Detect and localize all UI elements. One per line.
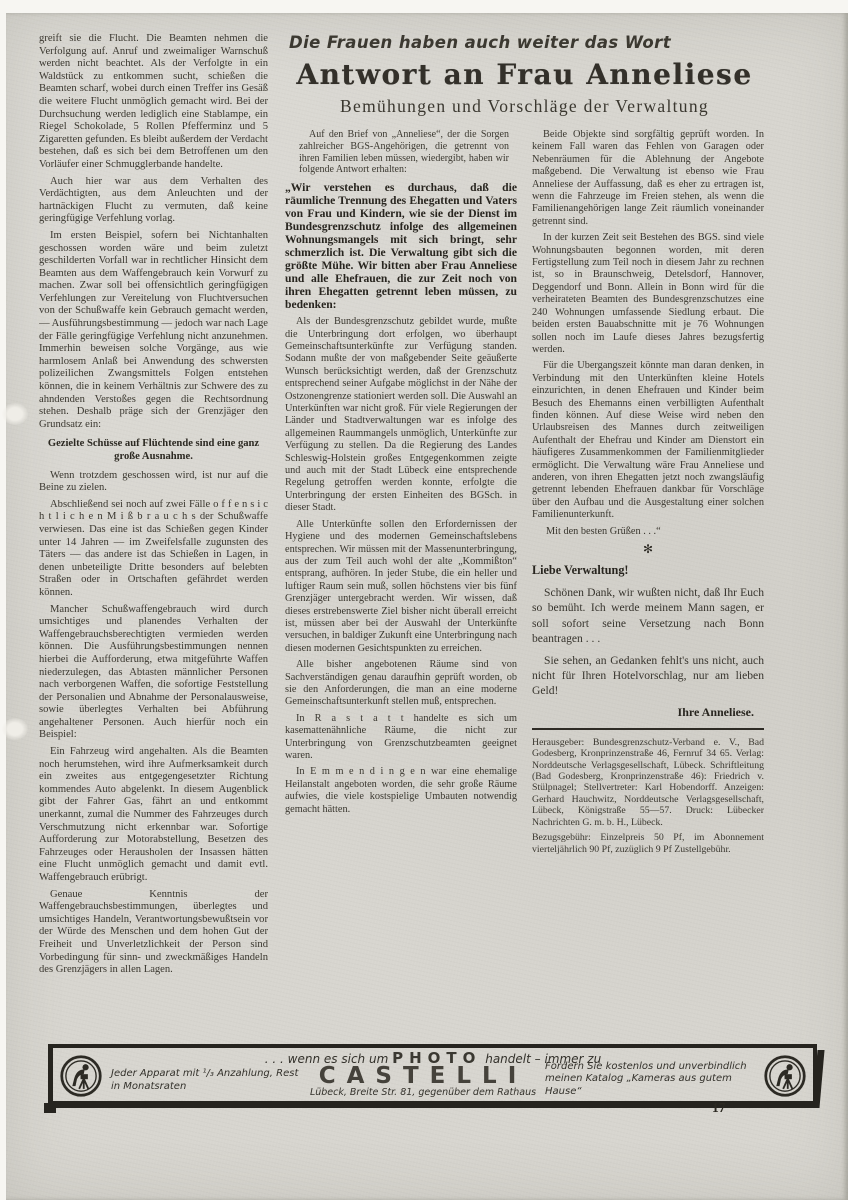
editorial-intro: Auf den Brief von „Anneliese“, der die S… [299,129,509,176]
paragraph: Als der Bundesgrenzschutz gebildet wurde… [285,316,517,515]
ad-tagline-photo: PHOTO [392,1049,481,1067]
binding-hole [2,718,28,740]
article-column-2: Beide Objekte sind sorgfältig geprüft wo… [532,129,764,1035]
photographer-icon [59,1054,103,1098]
binding-hole [2,403,28,425]
article-body: Auf den Brief von „Anneliese“, der die S… [285,129,764,1035]
ad-brand-block: CASTELLI Lübeck, Breite Str. 81, gegenüb… [309,1065,537,1098]
paragraph: In R a s t a t t handelte es sich um kas… [285,713,517,763]
article-kicker: Die Frauen haben auch weiter das Wort [289,33,764,52]
photographer-icon [763,1054,807,1098]
paragraph: In E m m e n d i n g e n war eine ehemal… [285,766,517,816]
section-divider-star: ✻ [532,542,764,557]
paragraph: Im ersten Beispiel, sofern bei Nichtanha… [39,230,268,432]
imprint-subscription: Bezugsgebühr: Einzelpreis 50 Pf, im Abon… [532,832,764,855]
ad-tagline: . . . wenn es sich um PHOTO handelt – im… [173,1049,693,1067]
article-column-1: Auf den Brief von „Anneliese“, der die S… [285,129,517,1035]
reply-heading: Liebe Verwaltung! [532,563,764,578]
letter-lead-paragraph: „Wir verstehen es durchaus, daß die räum… [285,181,517,311]
main-article: Die Frauen haben auch weiter das Wort An… [285,33,764,1035]
article-header: Die Frauen haben auch weiter das Wort An… [285,33,764,129]
paragraph: Auch hier war aus dem Verhalten des Verd… [39,176,268,226]
paragraph: Alle Unterkünfte sollen den Erforderniss… [285,519,517,655]
page-number: 17 [712,1100,726,1116]
paragraph: Alle bisher angebotenen Räume sind von S… [285,659,517,709]
paragraph: Beide Objekte sind sorgfältig geprüft wo… [532,129,764,228]
paragraph: Wenn trotzdem geschossen wird, ist nur a… [39,470,268,495]
paragraph: Abschließend sei noch auf zwei Fälle o f… [39,499,268,600]
article-subtitle: Bemühungen und Vorschläge der Verwaltung [285,96,764,117]
imprint-divider [532,728,764,730]
paragraph: Mancher Schußwaffengebrauch wird durch u… [39,604,268,743]
photo-castelli-ad: . . . wenn es sich um PHOTO handelt – im… [48,1044,817,1108]
paragraph: Ein Fahrzeug wird angehalten. Als die Be… [39,746,268,885]
ad-brand: CASTELLI [309,1065,537,1087]
paragraph: greift sie die Flucht. Die Beamten nehme… [39,33,268,172]
key-principle-statement: Gezielte Schüsse auf Flüchtende sind ein… [45,438,262,463]
signature: Ihre Anneliese. [532,705,754,720]
paragraph: In der kurzen Zeit seit Bestehen des BGS… [532,232,764,356]
article-title: Antwort an Frau Anneliese [285,58,764,91]
paragraph: Genaue Kenntnis der Waffengebrauchsbesti… [39,889,268,977]
ad-left-note: Jeder Apparat mit ¹/₃ Anzahlung, Rest in… [111,1068,301,1093]
paragraph: Schönen Dank, wir wußten nicht, daß Ihr … [532,585,764,647]
paragraph: Sie sehen, an Gedanken fehlt's uns nicht… [532,653,764,699]
scanned-magazine-page: greift sie die Flucht. Die Beamten nehme… [0,0,848,1200]
ad-tagline-start: . . . wenn es sich um [265,1052,388,1066]
paragraph: Für die Ubergangszeit könnte man daran d… [532,360,764,521]
ad-address: Lübeck, Breite Str. 81, gegenüber dem Ra… [309,1087,537,1098]
letter-closing: Mit den besten Grüßen . . .“ [532,526,764,538]
left-article-column: greift sie die Flucht. Die Beamten nehme… [39,33,268,1035]
page-content: greift sie die Flucht. Die Beamten nehme… [39,33,764,1035]
imprint-publisher: Herausgeber: Bundesgrenzschutz-Verband e… [532,737,764,828]
ad-tagline-end: handelt – immer zu [485,1052,601,1066]
